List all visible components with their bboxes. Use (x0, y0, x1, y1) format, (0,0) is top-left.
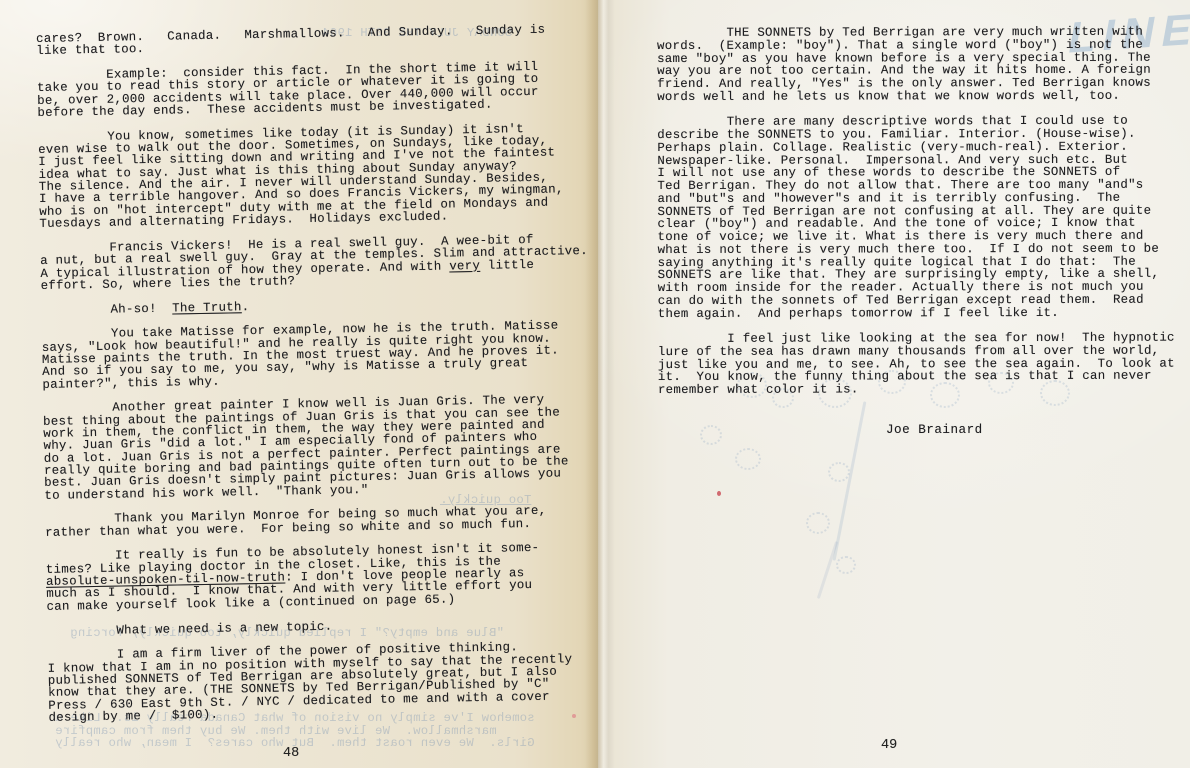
page-right-text: THE SONNETS by Ted Berrigan are very muc… (657, 26, 1175, 397)
doodle-circle (735, 448, 761, 470)
doodle-circle (700, 425, 722, 445)
book-scan: SUNDAY JULY THE 30TH 1964 Too quickly. "… (0, 0, 1190, 768)
page-left-text: cares? Brown. Canada. Marshmallows. And … (36, 23, 596, 724)
ink-speck (717, 491, 721, 496)
doodle-circle (836, 556, 856, 574)
doodle-circle (828, 462, 850, 482)
doodle-circle (806, 512, 830, 534)
page-number-left: 48 (283, 746, 299, 761)
author-signature: Joe Brainard (886, 423, 983, 437)
page-number-right: 49 (881, 738, 897, 753)
ink-speck (572, 714, 576, 718)
